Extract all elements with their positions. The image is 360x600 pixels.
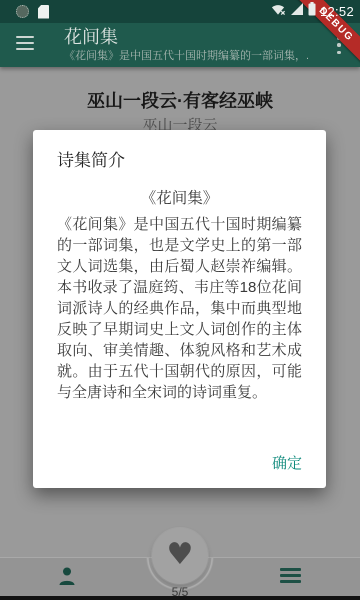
dialog-book-title: 《花间集》 — [33, 186, 326, 208]
book-intro-dialog: 诗集简介 《花间集》 《花间集》是中国五代十国时期编纂的一部词集，也是文学史上的… — [33, 130, 326, 488]
sd-card-icon — [38, 5, 49, 19]
hamburger-menu-icon[interactable] — [16, 36, 34, 50]
favorite-fab-button[interactable]: ♥ — [152, 528, 208, 584]
dialog-title: 诗集简介 — [57, 146, 125, 171]
heart-icon: ♥ — [167, 540, 194, 570]
app-bar-titles: 花间集 《花间集》是中国五代十国时期编纂的一部词集，... — [64, 27, 308, 63]
wifi-off-icon — [271, 2, 286, 21]
battery-icon — [308, 2, 316, 21]
list-menu-icon[interactable] — [280, 568, 301, 583]
app-title: 花间集 — [64, 27, 308, 47]
cell-signal-icon — [290, 2, 304, 21]
app-subtitle: 《花间集》是中国五代十国时期编纂的一部词集，... — [64, 49, 308, 63]
status-bar-right: 12:52 — [271, 0, 354, 23]
confirm-button[interactable]: 确定 — [266, 446, 308, 479]
poem-title: 巫山一段云·有客经巫峡 — [0, 87, 360, 113]
status-bar-left — [16, 0, 49, 23]
dialog-body-text: 《花间集》是中国五代十国时期编纂的一部词集，也是文学史上的第一部文人词选集，由后… — [57, 214, 302, 403]
app-bar: 花间集 《花间集》是中国五代十国时期编纂的一部词集，... — [0, 23, 360, 67]
navigation-strip — [0, 596, 360, 600]
person-icon[interactable] — [55, 565, 79, 587]
phone-screen: 12:52 DEBUG 花间集 《花间集》是中国五代十国时期编纂的一部词集，..… — [0, 0, 360, 600]
clock: 12:52 — [320, 4, 354, 19]
dotted-circle-icon — [16, 5, 29, 18]
